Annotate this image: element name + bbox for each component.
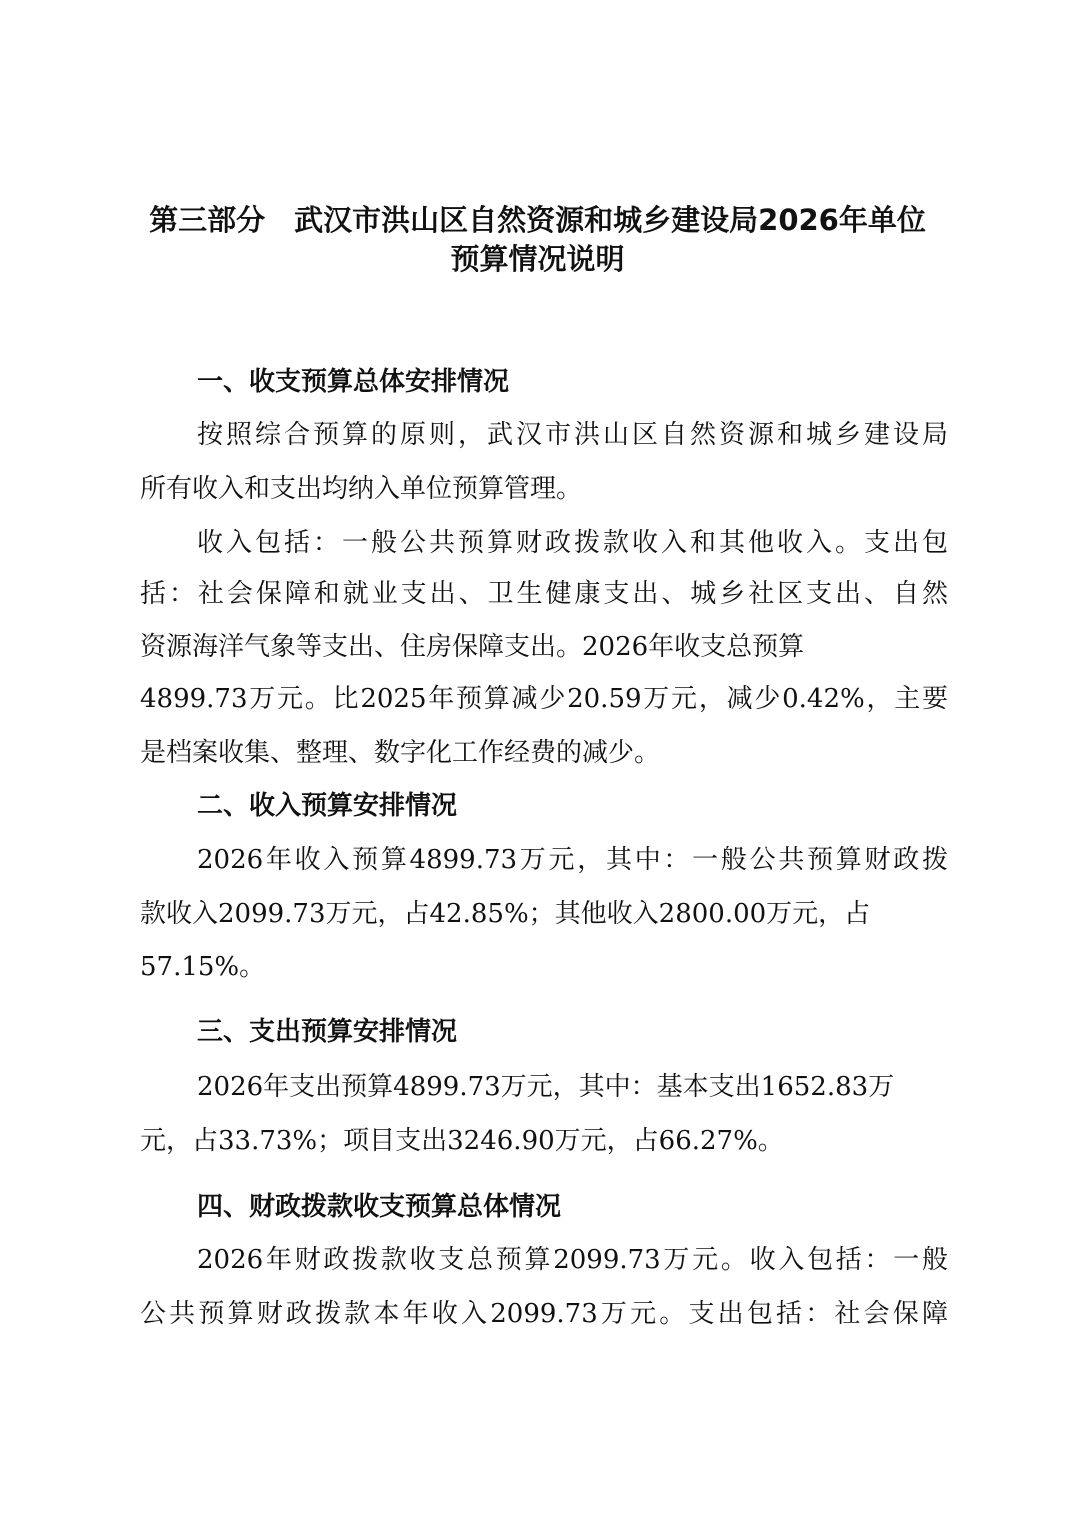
paragraph-line: 2026年财政拨款收支总预算2099.73万元。收入包括：一般 [197,1243,948,1277]
paragraph-line: 收入包括：一般公共预算财政拨款收入和其他收入。支出包 [197,526,948,560]
paragraph-line: 公共预算财政拨款本年收入2099.73万元。支出包括：社会保障 [140,1297,948,1331]
paragraph-line: 资源海洋气象等支出、住房保障支出。2026年收支总预算 [140,630,948,664]
paragraph-line: 4899.73万元。比2025年预算减少20.59万元，减少0.42%，主要 [140,682,948,716]
paragraph-line: 元，占33.73%；项目支出3246.90万元，占66.27%。 [140,1124,948,1158]
section-heading-2: 二、收入预算安排情况 [197,789,457,823]
document-page: 第三部分 武汉市洪山区自然资源和城乡建设局2026年单位 预算情况说明 一、收支… [0,0,1075,1520]
paragraph-line: 款收入2099.73万元，占42.85%；其他收入2800.00万元，占 [140,897,948,931]
paragraph-line: 2026年支出预算4899.73万元，其中：基本支出1652.83万 [197,1070,948,1104]
paragraph-line: 2026年收入预算4899.73万元，其中：一般公共预算财政拨 [197,843,948,877]
section-heading-4: 四、财政拨款收支预算总体情况 [197,1190,561,1224]
section-heading-1: 一、收支预算总体安排情况 [197,365,509,399]
document-title-line-1: 第三部分 武汉市洪山区自然资源和城乡建设局2026年单位 [0,202,1075,238]
paragraph-line: 所有收入和支出均纳入单位预算管理。 [140,472,948,506]
section-heading-3: 三、支出预算安排情况 [197,1015,457,1049]
paragraph-line: 按照综合预算的原则，武汉市洪山区自然资源和城乡建设局 [197,418,948,452]
paragraph-line: 括：社会保障和就业支出、卫生健康支出、城乡社区支出、自然 [140,577,948,611]
paragraph-line: 是档案收集、整理、数字化工作经费的减少。 [140,736,948,770]
paragraph-line: 57.15%。 [140,950,948,984]
document-title-line-2: 预算情况说明 [0,241,1075,277]
